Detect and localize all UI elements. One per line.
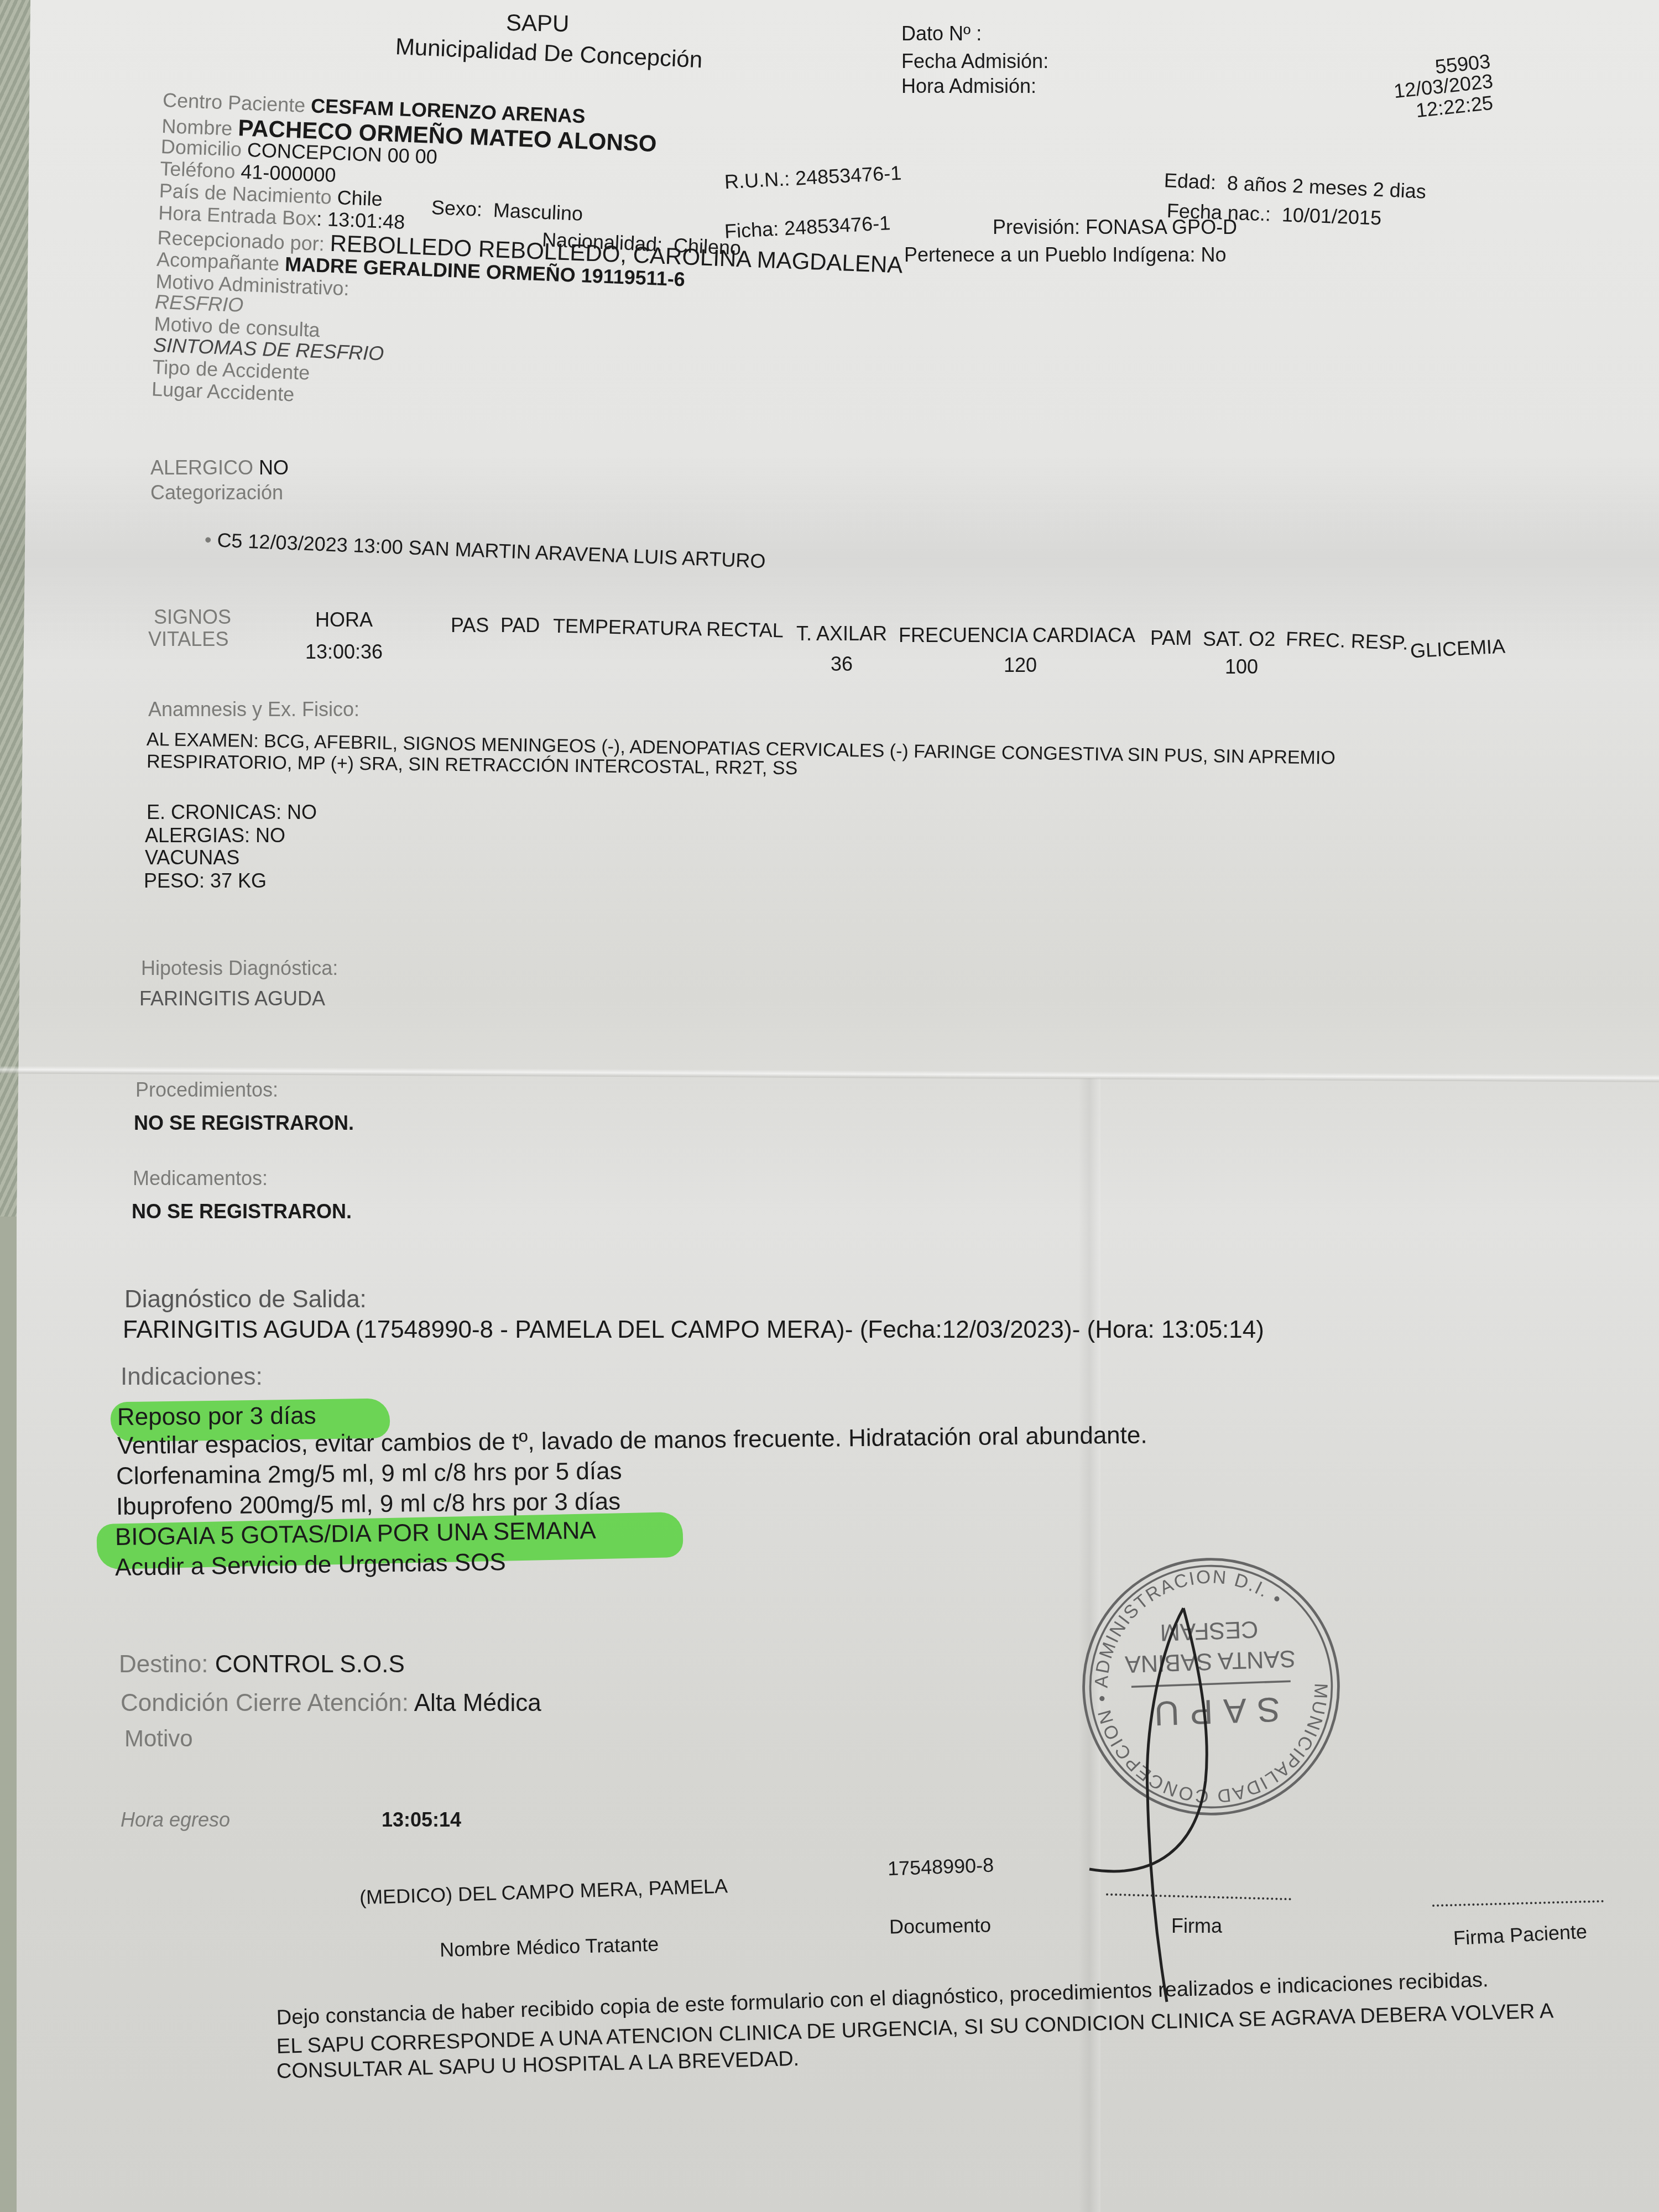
cronicas-field: E. CRONICAS: NO — [147, 801, 317, 823]
vitals-col-frec-resp: FREC. RESP. — [1285, 627, 1408, 654]
fecha-admision-label: Fecha Admisión: — [901, 50, 1048, 72]
alergico-label: ALERGICO — [150, 456, 253, 479]
medicamentos-label: Medicamentos: — [133, 1167, 268, 1190]
hora-entrada-value: 13:01:48 — [327, 208, 406, 233]
anamnesis-label: Anamnesis y Ex. Fisico: — [148, 698, 359, 721]
prevision-label: Previsión: — [993, 216, 1080, 238]
destino-label: Destino: — [119, 1651, 208, 1678]
indicacion-item: Ibuprofeno 200mg/5 ml, 9 ml c/8 hrs por … — [116, 1488, 621, 1521]
destino-value: CONTROL S.O.S — [215, 1651, 405, 1678]
stamp-lower-text-1: SANTA SABINA — [1124, 1645, 1296, 1678]
diagnostico-salida-label: Diagnóstico de Salida: — [124, 1286, 367, 1314]
stamp-lower-text-2: CESFAM — [1160, 1616, 1259, 1646]
sapu-stamp: MUNICIPALIDAD CONCEPCION • ADMINISTRACIO… — [1074, 1550, 1348, 1824]
hipotesis-label: Hipotesis Diagnóstica: — [141, 957, 338, 979]
vitals-col-frec-cardiaca: FRECUENCIA CARDIACA — [899, 624, 1135, 646]
condicion-cierre-field: Condición Cierre Atención: Alta Médica — [121, 1689, 541, 1718]
hipotesis-value: FARINGITIS AGUDA — [139, 987, 325, 1010]
telefono-label: Teléfono — [160, 157, 236, 182]
indicacion-item: Acudir a Servicio de Urgencias SOS — [115, 1548, 506, 1582]
vitals-col-pad: PAD — [500, 614, 540, 637]
vitals-col-sat-o2: SAT. O2 — [1203, 628, 1275, 650]
sexo-label: Sexo: — [431, 196, 483, 221]
vitals-hora-value: 13:00:36 — [305, 640, 383, 663]
alergico-field: ALERGICO NO — [150, 456, 289, 479]
run-label: R.U.N.: — [724, 167, 790, 193]
peso-field: PESO: 37 KG — [144, 869, 267, 892]
stamp-seal-icon: MUNICIPALIDAD CONCEPCION • ADMINISTRACIO… — [1074, 1550, 1348, 1824]
condicion-label: Condición Cierre Atención: — [121, 1689, 409, 1717]
firma-label: Firma — [1171, 1914, 1222, 1937]
pueblo-label: Pertenece a un Pueblo Indígena: — [904, 243, 1195, 266]
hora-admision-label: Hora Admisión: — [901, 75, 1036, 97]
indicacion-item: Reposo por 3 días — [117, 1402, 316, 1431]
svg-text:MUNICIPALIDAD CONCEPCION • ADM: MUNICIPALIDAD CONCEPCION • ADMINISTRACIO… — [1087, 1563, 1335, 1811]
indicaciones-label: Indicaciones: — [121, 1363, 263, 1391]
ficha-label: Ficha: — [724, 217, 779, 243]
documento-label: Documento — [889, 1913, 992, 1938]
vitals-col-hora: HORA — [315, 608, 373, 631]
fecha-nac-label: Fecha nac.: — [1166, 199, 1271, 226]
vitals-col-pas: PAS — [451, 614, 489, 637]
motivo-cierre-label: Motivo — [124, 1725, 193, 1752]
vacunas-field: VACUNAS — [145, 846, 239, 869]
vitals-col-t-axilar: T. AXILAR — [796, 622, 887, 645]
stamp-center-text: SAPU — [1143, 1690, 1281, 1733]
vitals-frec-cardiaca-value: 120 — [1004, 654, 1037, 676]
diagnostico-salida-value: FARINGITIS AGUDA (17548990-8 - PAMELA DE… — [123, 1316, 1264, 1344]
indicacion-item: Clorfenamina 2mg/5 ml, 9 ml c/8 hrs por … — [116, 1457, 622, 1490]
pais-value: Chile — [337, 186, 383, 210]
procedimientos-label: Procedimientos: — [135, 1078, 278, 1101]
vitals-col-temp-rectal: TEMPERATURA RECTAL — [553, 614, 784, 642]
dato-label: Dato Nº : — [901, 22, 982, 45]
documento-value: 17548990-8 — [887, 1854, 994, 1880]
vitals-col-pam: PAM — [1150, 627, 1192, 649]
hora-egreso-value: 13:05:14 — [382, 1808, 461, 1831]
alergias-field: ALERGIAS: NO — [145, 824, 285, 847]
vitals-sat-o2-value: 100 — [1225, 655, 1258, 678]
destino-field: Destino: CONTROL S.O.S — [119, 1651, 405, 1679]
vitals-label-1: SIGNOS — [154, 606, 231, 628]
fecha-nac-value: 10/01/2015 — [1281, 203, 1382, 229]
alergico-value: NO — [259, 456, 289, 479]
stamp-outer-text: MUNICIPALIDAD CONCEPCION • ADMINISTRACIO… — [1087, 1563, 1335, 1811]
vitals-t-axilar-value: 36 — [831, 653, 853, 675]
edad-label: Edad: — [1164, 169, 1217, 194]
sexo-value: Masculino — [493, 199, 583, 225]
categorizacion-label: Categorización — [150, 481, 283, 504]
pueblo-indigena-field: Pertenece a un Pueblo Indígena: No — [904, 243, 1226, 266]
condicion-value: Alta Médica — [414, 1689, 541, 1717]
domicilio-label: Domicilio — [160, 135, 242, 161]
vitals-label-2: VITALES — [148, 628, 228, 650]
org-title: SAPU — [506, 9, 570, 37]
medicamentos-value: NO SE REGISTRARON. — [132, 1200, 352, 1223]
procedimientos-value: NO SE REGISTRARON. — [134, 1112, 354, 1134]
pueblo-value: No — [1201, 243, 1226, 266]
bullet-icon: • — [204, 528, 212, 551]
hora-egreso-label: Hora egreso — [121, 1808, 230, 1831]
